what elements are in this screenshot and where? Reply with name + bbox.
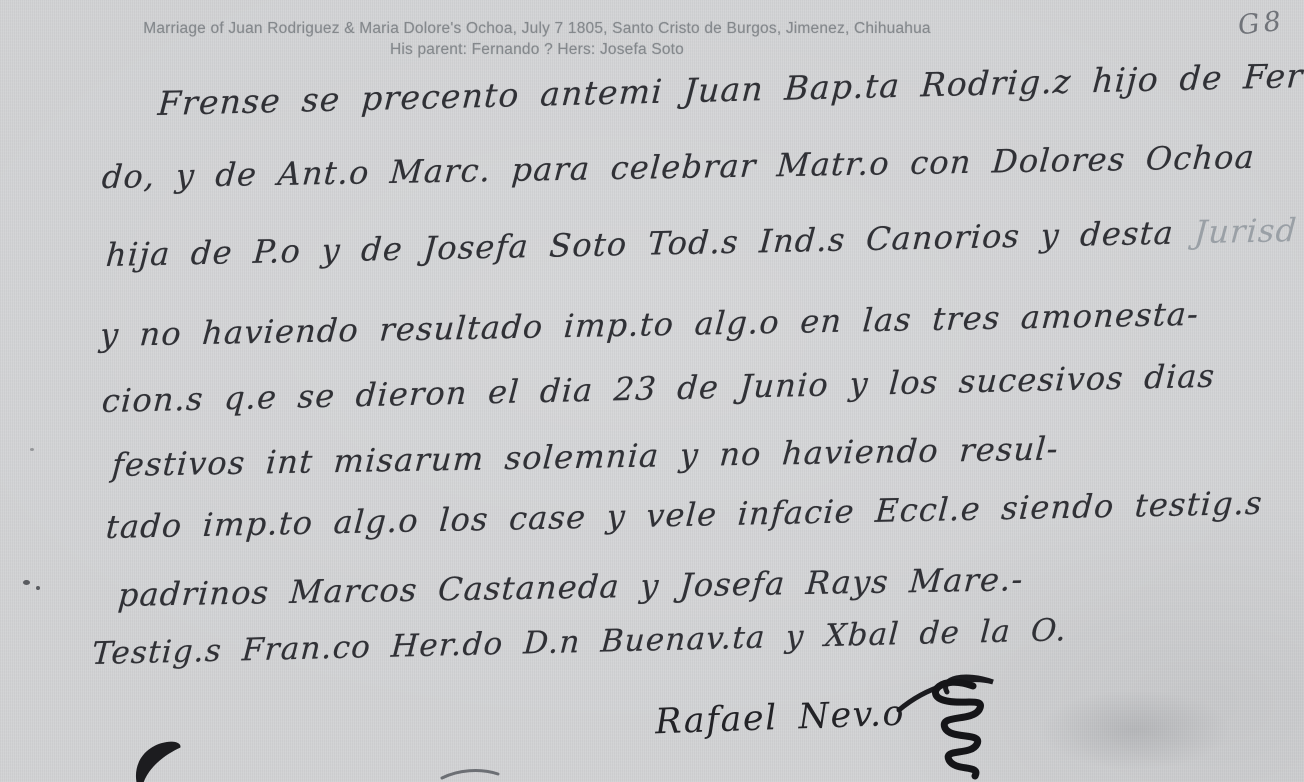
manuscript-line-text: cion.s q.e se dieron el dia 23 de Junio …	[101, 357, 1217, 420]
signature-text: Rafael Nev.o	[654, 694, 905, 743]
manuscript-line: hija de P.o y de Josefa Soto Tod.s Ind.s…	[105, 211, 1299, 274]
signature-rubric-flourish	[895, 668, 1015, 782]
manuscript-line-text: Frense se precento antemi Juan Bap.ta Ro…	[157, 54, 1304, 123]
manuscript-line: y no haviendo resultado imp.to alg.o en …	[99, 295, 1201, 354]
manuscript-line: Testig.s Fran.co Her.do D.n Buenav.ta y …	[91, 612, 1068, 672]
manuscript-line: do, y de Ant.o Marc. para celebrar Matr.…	[101, 138, 1257, 196]
caption: Marriage of Juan Rodriguez & Maria Dolor…	[37, 18, 1037, 60]
signature: Rafael Nev.o	[654, 694, 905, 743]
manuscript-line-text: festivos int misarum solemnia y no havie…	[111, 429, 1061, 484]
page-number: G8	[1237, 6, 1287, 42]
caption-line-1: Marriage of Juan Rodriguez & Maria Dolor…	[37, 18, 1037, 39]
manuscript-line-text: hija de P.o y de Josefa Soto Tod.s Ind.s…	[105, 214, 1176, 274]
manuscript-line: Frense se precento antemi Juan Bap.ta Ro…	[157, 54, 1304, 123]
manuscript-line: cion.s q.e se dieron el dia 23 de Junio …	[101, 357, 1217, 420]
manuscript-line-text: y no haviendo resultado imp.to alg.o en …	[99, 295, 1201, 354]
document-scan-page: Marriage of Juan Rodriguez & Maria Dolor…	[0, 0, 1304, 782]
caption-line-2: His parent: Fernando ? Hers: Josefa Soto	[37, 39, 1037, 60]
ink-speck	[36, 586, 40, 590]
faint-smudge	[1040, 690, 1230, 770]
manuscript-line-text: Testig.s Fran.co Her.do D.n Buenav.ta y …	[91, 612, 1068, 672]
manuscript-line: padrinos Marcos Castaneda y Josefa Rays …	[117, 560, 1025, 614]
ink-speck	[30, 448, 34, 451]
manuscript-line: festivos int misarum solemnia y no havie…	[111, 429, 1061, 484]
manuscript-line-faint-tail: Jurisd	[1173, 211, 1299, 252]
next-entry-stroke	[128, 740, 200, 782]
manuscript-line-text: tado imp.to alg.o los case y vele infaci…	[105, 484, 1264, 546]
manuscript-line-text: padrinos Marcos Castaneda y Josefa Rays …	[117, 560, 1025, 614]
manuscript-line: tado imp.to alg.o los case y vele infaci…	[105, 484, 1264, 546]
manuscript-line-text: do, y de Ant.o Marc. para celebrar Matr.…	[101, 138, 1257, 196]
next-entry-faint-stroke	[440, 766, 500, 782]
ink-speck	[23, 580, 30, 585]
